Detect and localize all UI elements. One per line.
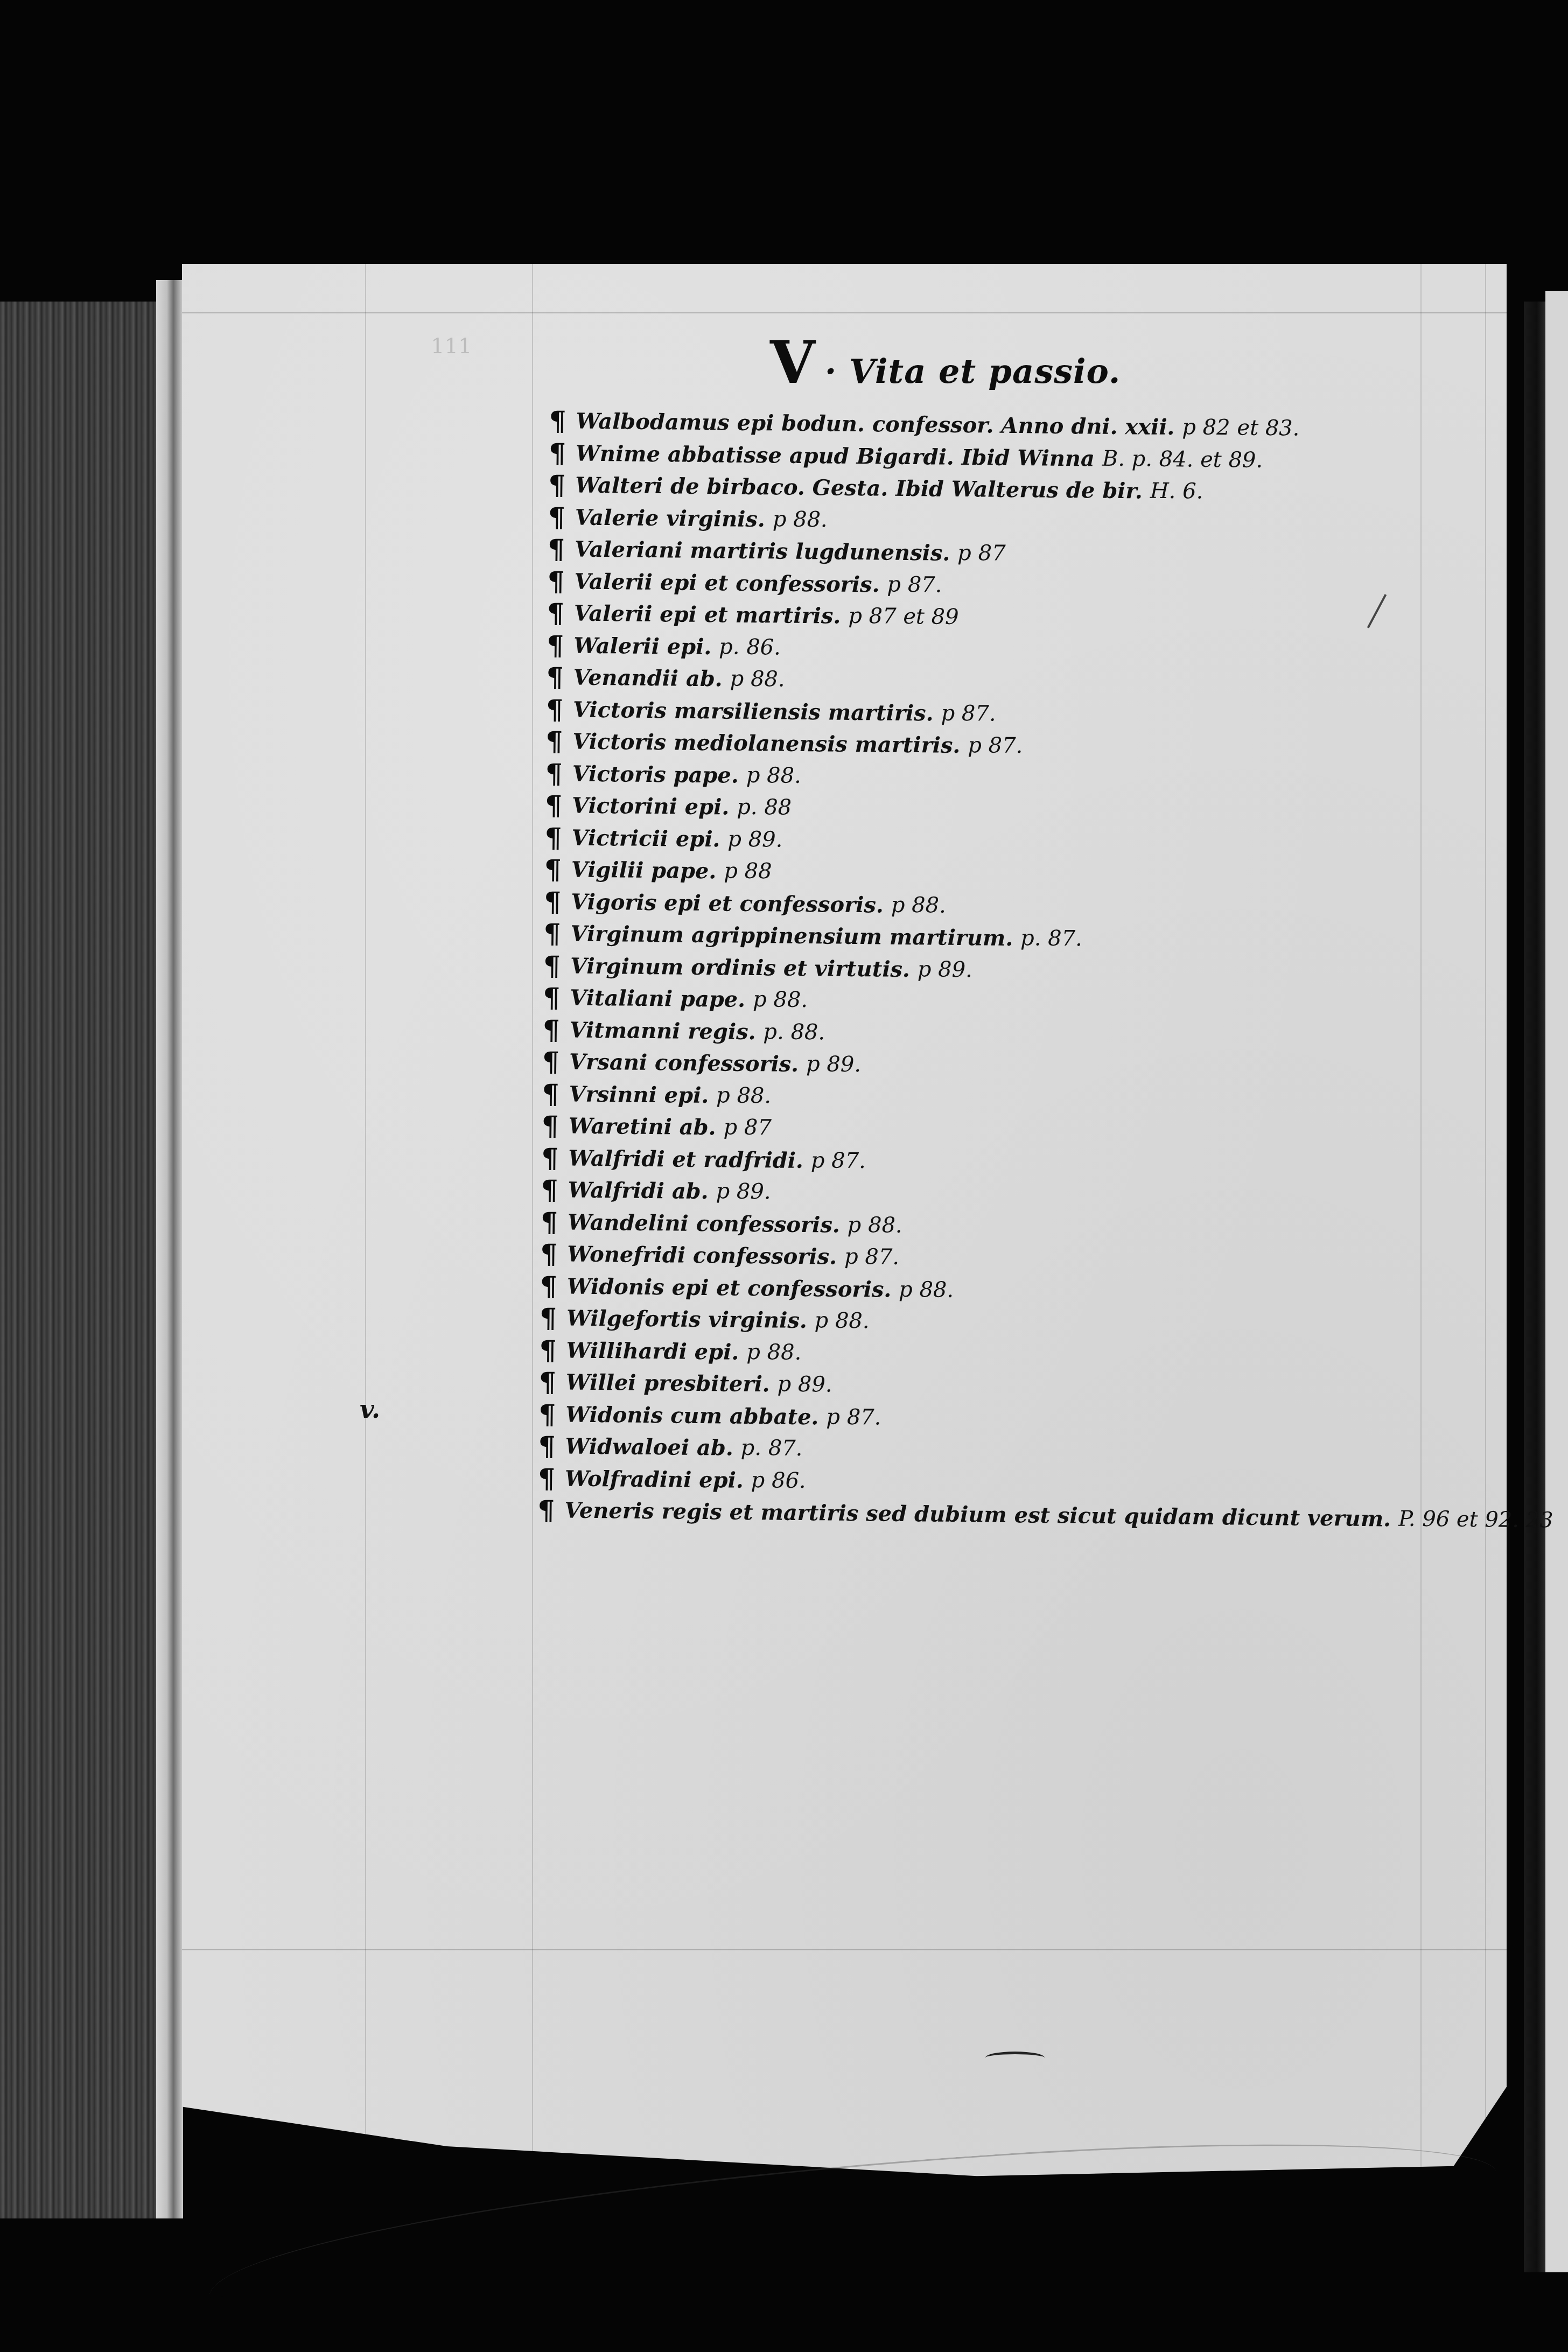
entry-text: Wnime abbatisse apud Bigardi. Ibid Winna	[576, 437, 1095, 475]
ruling-line-vertical	[365, 264, 366, 2181]
entry-page-ref: p. 88	[737, 792, 792, 824]
pilcrow-icon: ¶	[548, 501, 572, 533]
book-fore-edge	[0, 302, 156, 2218]
pilcrow-icon: ¶	[539, 1334, 563, 1366]
ruling-line-vertical	[532, 264, 533, 2181]
entry-page-ref: p 87.	[887, 569, 942, 601]
entry-page-ref: p 88.	[899, 1273, 954, 1306]
entry-text: Victoris marsiliensis martiris.	[573, 694, 934, 730]
entry-page-ref: p 88.	[891, 889, 946, 922]
pilcrow-icon: ¶	[542, 1046, 566, 1078]
ruling-line-horizontal	[182, 312, 1507, 313]
heading-title: · Vita et passio.	[825, 352, 1121, 391]
pilcrow-icon: ¶	[543, 918, 568, 950]
entry-page-ref: p 88.	[772, 503, 828, 536]
entry-page-ref: p 87.	[941, 697, 996, 730]
pilcrow-icon: ¶	[542, 1110, 566, 1142]
entry-text: Walfridi ab.	[568, 1174, 709, 1207]
entry-page-ref: p 88.	[716, 1080, 772, 1112]
entry-page-ref: p 87	[723, 1111, 772, 1144]
entry-page-ref: p. 87.	[740, 1432, 802, 1465]
pilcrow-icon: ¶	[544, 885, 568, 918]
entry-page-ref: p 88.	[746, 1336, 802, 1369]
page-edge-lip	[156, 280, 183, 2218]
entry-page-ref: p 87.	[968, 730, 1023, 762]
section-heading: V · Vita et passio.	[770, 334, 1121, 392]
pilcrow-icon: ¶	[543, 949, 568, 982]
entry-text: Victorini epi.	[572, 789, 730, 823]
pilcrow-icon: ¶	[547, 565, 571, 597]
entry-text: Wilgefortis virginis.	[566, 1302, 807, 1336]
pilcrow-icon: ¶	[546, 693, 570, 725]
entry-page-ref: p. 87.	[1020, 922, 1082, 955]
entry-text: Willei presbiteri.	[566, 1366, 770, 1400]
entry-text: Victricii epi.	[571, 822, 720, 855]
heading-initial-letter: V	[770, 334, 815, 392]
entry-page-ref: p 89.	[716, 1175, 771, 1208]
pilcrow-icon: ¶	[539, 1366, 563, 1398]
entry-text: Willihardi epi.	[566, 1334, 739, 1368]
pilcrow-icon: ¶	[545, 757, 570, 789]
pilcrow-icon: ¶	[540, 1270, 564, 1302]
entry-text: Vitaliani pape.	[570, 982, 745, 1016]
entry-page-ref: p 87.	[826, 1401, 881, 1434]
show-through-folio-number: 111	[431, 334, 472, 359]
entry-text: Walfridi et radfridi.	[568, 1142, 803, 1177]
entry-text: Venandii ab.	[573, 661, 723, 695]
pilcrow-icon: ¶	[545, 789, 569, 822]
entry-page-ref: p 82 et 83.	[1182, 411, 1300, 445]
entry-page-ref: p 87 et 89	[848, 600, 959, 634]
pilcrow-icon: ¶	[541, 1206, 565, 1238]
pilcrow-icon: ¶	[548, 469, 572, 501]
entry-text: Victoris pape.	[572, 758, 739, 792]
entry-page-ref: p 88.	[847, 1209, 902, 1242]
entry-page-ref: p 87.	[844, 1241, 900, 1274]
entry-page-ref: p 88	[724, 855, 772, 887]
entry-page-ref: p. 88.	[763, 1016, 825, 1049]
pilcrow-icon: ¶	[538, 1398, 563, 1430]
entry-page-ref: p 89.	[727, 823, 783, 856]
entry-page-ref: p 86.	[751, 1465, 806, 1497]
pilcrow-icon: ¶	[540, 1238, 564, 1270]
entry-page-ref: p 88.	[814, 1305, 870, 1338]
entry-text: Valeriani martiris lugdunensis.	[575, 534, 950, 570]
entry-text: Virginum agrippinensium martirum.	[570, 918, 1013, 954]
entry-text: Walerii epi.	[573, 629, 712, 663]
entry-text: Vrsinni epi.	[569, 1078, 709, 1111]
entry-text: Valerii epi et confessoris.	[574, 565, 880, 600]
pilcrow-icon: ¶	[542, 1077, 566, 1110]
entry-page-ref: p 87.	[811, 1145, 866, 1178]
pilcrow-icon: ¶	[543, 1013, 567, 1046]
entry-page-ref: p 87	[957, 537, 1006, 570]
pilcrow-icon: ¶	[548, 533, 572, 565]
ink-flourish	[985, 2052, 1045, 2064]
entry-page-ref: H. 6.	[1150, 475, 1203, 508]
entry-page-ref: p 88.	[753, 984, 808, 1017]
entry-text: Wandelini confessoris.	[568, 1206, 840, 1241]
margin-letter: v.	[360, 1395, 380, 1424]
entry-page-ref: p 89.	[777, 1369, 832, 1402]
entry-page-ref: p 89.	[918, 954, 973, 986]
entry-page-ref: P. 96 et 92. 23	[1398, 1503, 1553, 1537]
entry-text: Widonis cum abbate.	[565, 1398, 819, 1433]
entry-text: Victoris mediolanensis martiris.	[572, 725, 961, 761]
index-entry-list: ¶Walbodamus epi bodun. confessor. Anno d…	[537, 405, 1565, 1537]
ruling-line-horizontal	[182, 1949, 1507, 1950]
pilcrow-icon: ¶	[547, 629, 571, 661]
entry-text: Valerii epi et martiris.	[574, 598, 841, 633]
entry-page-ref: p 88.	[746, 759, 801, 792]
entry-text: Vitmanni regis.	[570, 1014, 756, 1048]
entry-page-ref: B. p. 84. et 89.	[1102, 443, 1263, 477]
entry-text: Waretini ab.	[569, 1110, 716, 1143]
pilcrow-icon: ¶	[540, 1302, 564, 1334]
entry-text: Wolfradini epi.	[565, 1462, 744, 1496]
pilcrow-icon: ¶	[549, 437, 573, 469]
entry-page-ref: p 88.	[730, 663, 785, 696]
pilcrow-icon: ¶	[541, 1142, 565, 1174]
entry-text: Vrsani confessoris.	[569, 1046, 799, 1080]
pilcrow-icon: ¶	[538, 1462, 562, 1494]
pilcrow-icon: ¶	[547, 597, 571, 629]
entry-text: Widonis epi et confessoris.	[567, 1270, 892, 1306]
entry-text: Walteri de birbaco. Gesta. Ibid Walterus…	[575, 470, 1143, 508]
entry-text: Vigilii pape.	[571, 853, 717, 887]
pilcrow-icon: ¶	[538, 1430, 562, 1462]
pilcrow-icon: ¶	[544, 853, 569, 886]
pilcrow-icon: ¶	[537, 1494, 562, 1527]
entry-page-ref: p. 86.	[719, 631, 781, 664]
pilcrow-icon: ¶	[544, 821, 569, 853]
entry-text: Virginum ordinis et virtutis.	[570, 950, 910, 985]
pilcrow-icon: ¶	[549, 405, 573, 437]
entry-text: Valerie virginis.	[575, 501, 766, 535]
entry-page-ref: p 89.	[806, 1048, 862, 1081]
entry-text: Wonefridi confessoris.	[567, 1238, 837, 1273]
entry-text: Widwaloei ab.	[565, 1430, 733, 1464]
entry-text: Vigoris epi et confessoris.	[571, 886, 884, 921]
pilcrow-icon: ¶	[541, 1174, 565, 1206]
pilcrow-icon: ¶	[543, 982, 567, 1014]
pilcrow-icon: ¶	[545, 725, 570, 758]
pilcrow-icon: ¶	[546, 661, 570, 694]
